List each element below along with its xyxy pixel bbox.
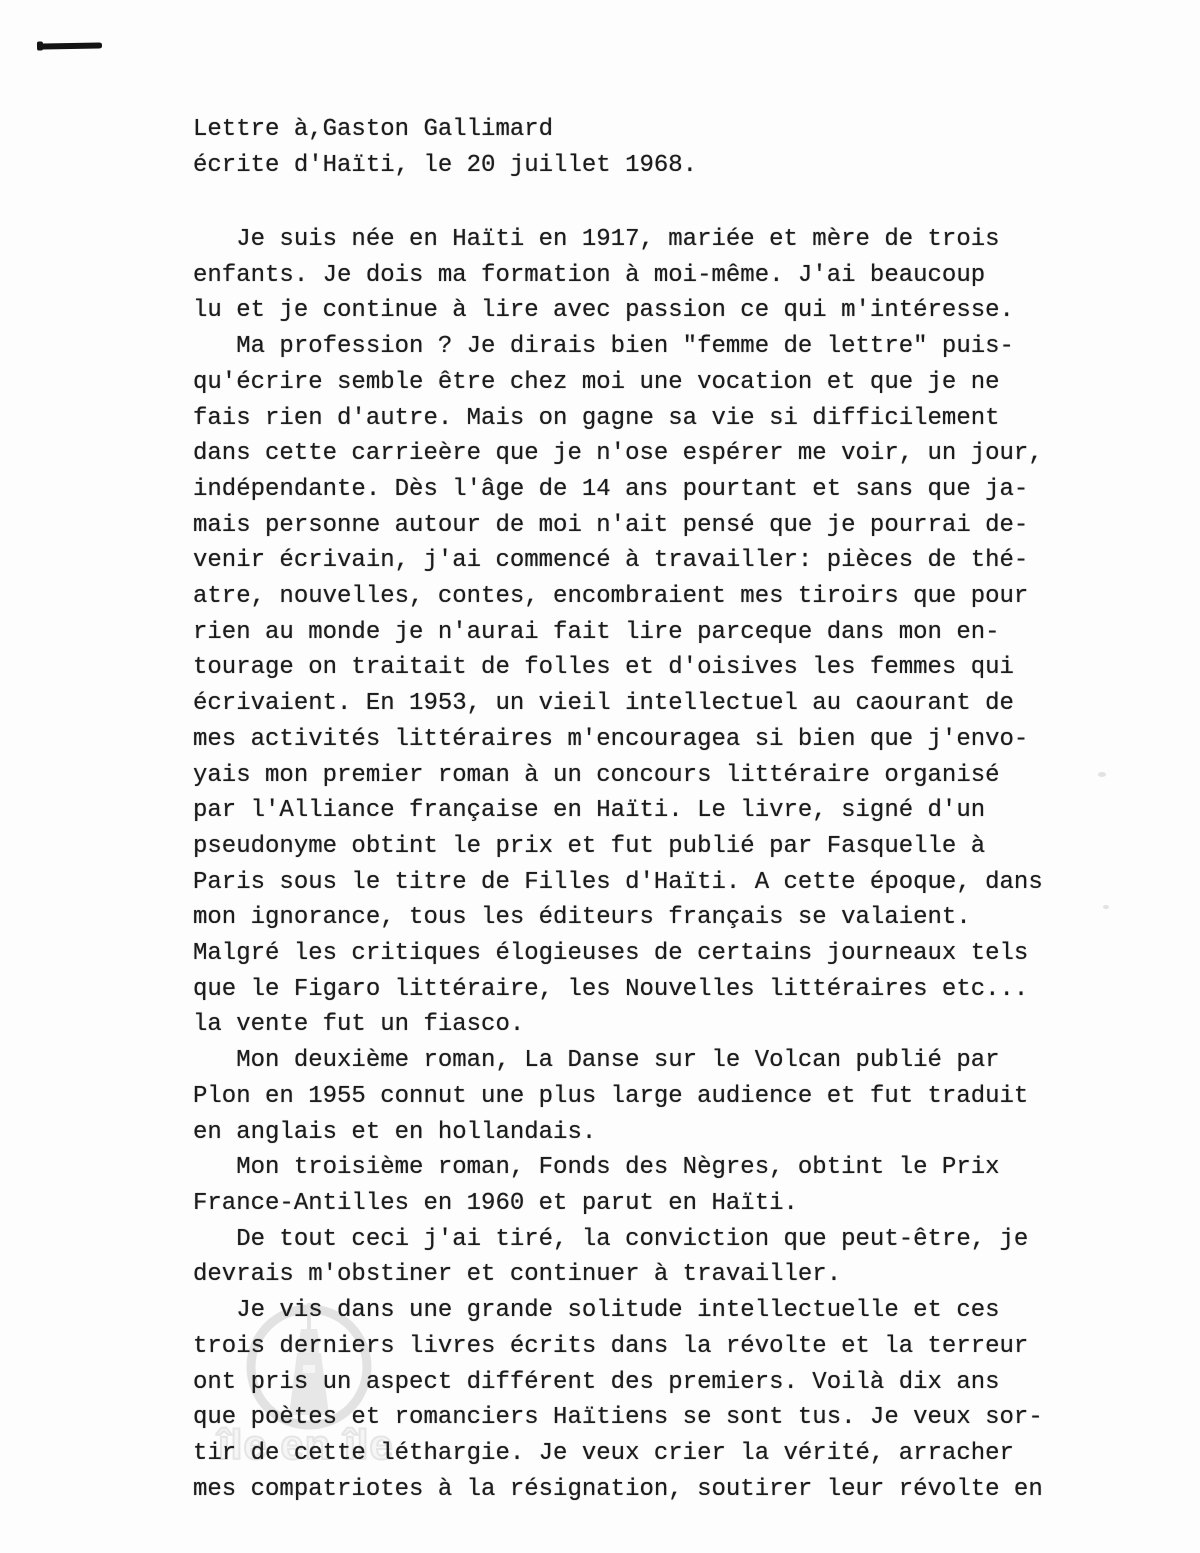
letter-body: Je suis née en Haïti en 1917, mariée et … — [193, 222, 1043, 1507]
scan-speck — [1103, 905, 1109, 909]
letter-heading: Lettre à,Gaston Gallimard écrite d'Haïti… — [193, 112, 697, 183]
letter-page: île en île Lettre à,Gaston Gallimard écr… — [0, 0, 1200, 1553]
scan-corner-mark — [40, 42, 102, 49]
scan-speck — [1098, 772, 1106, 777]
